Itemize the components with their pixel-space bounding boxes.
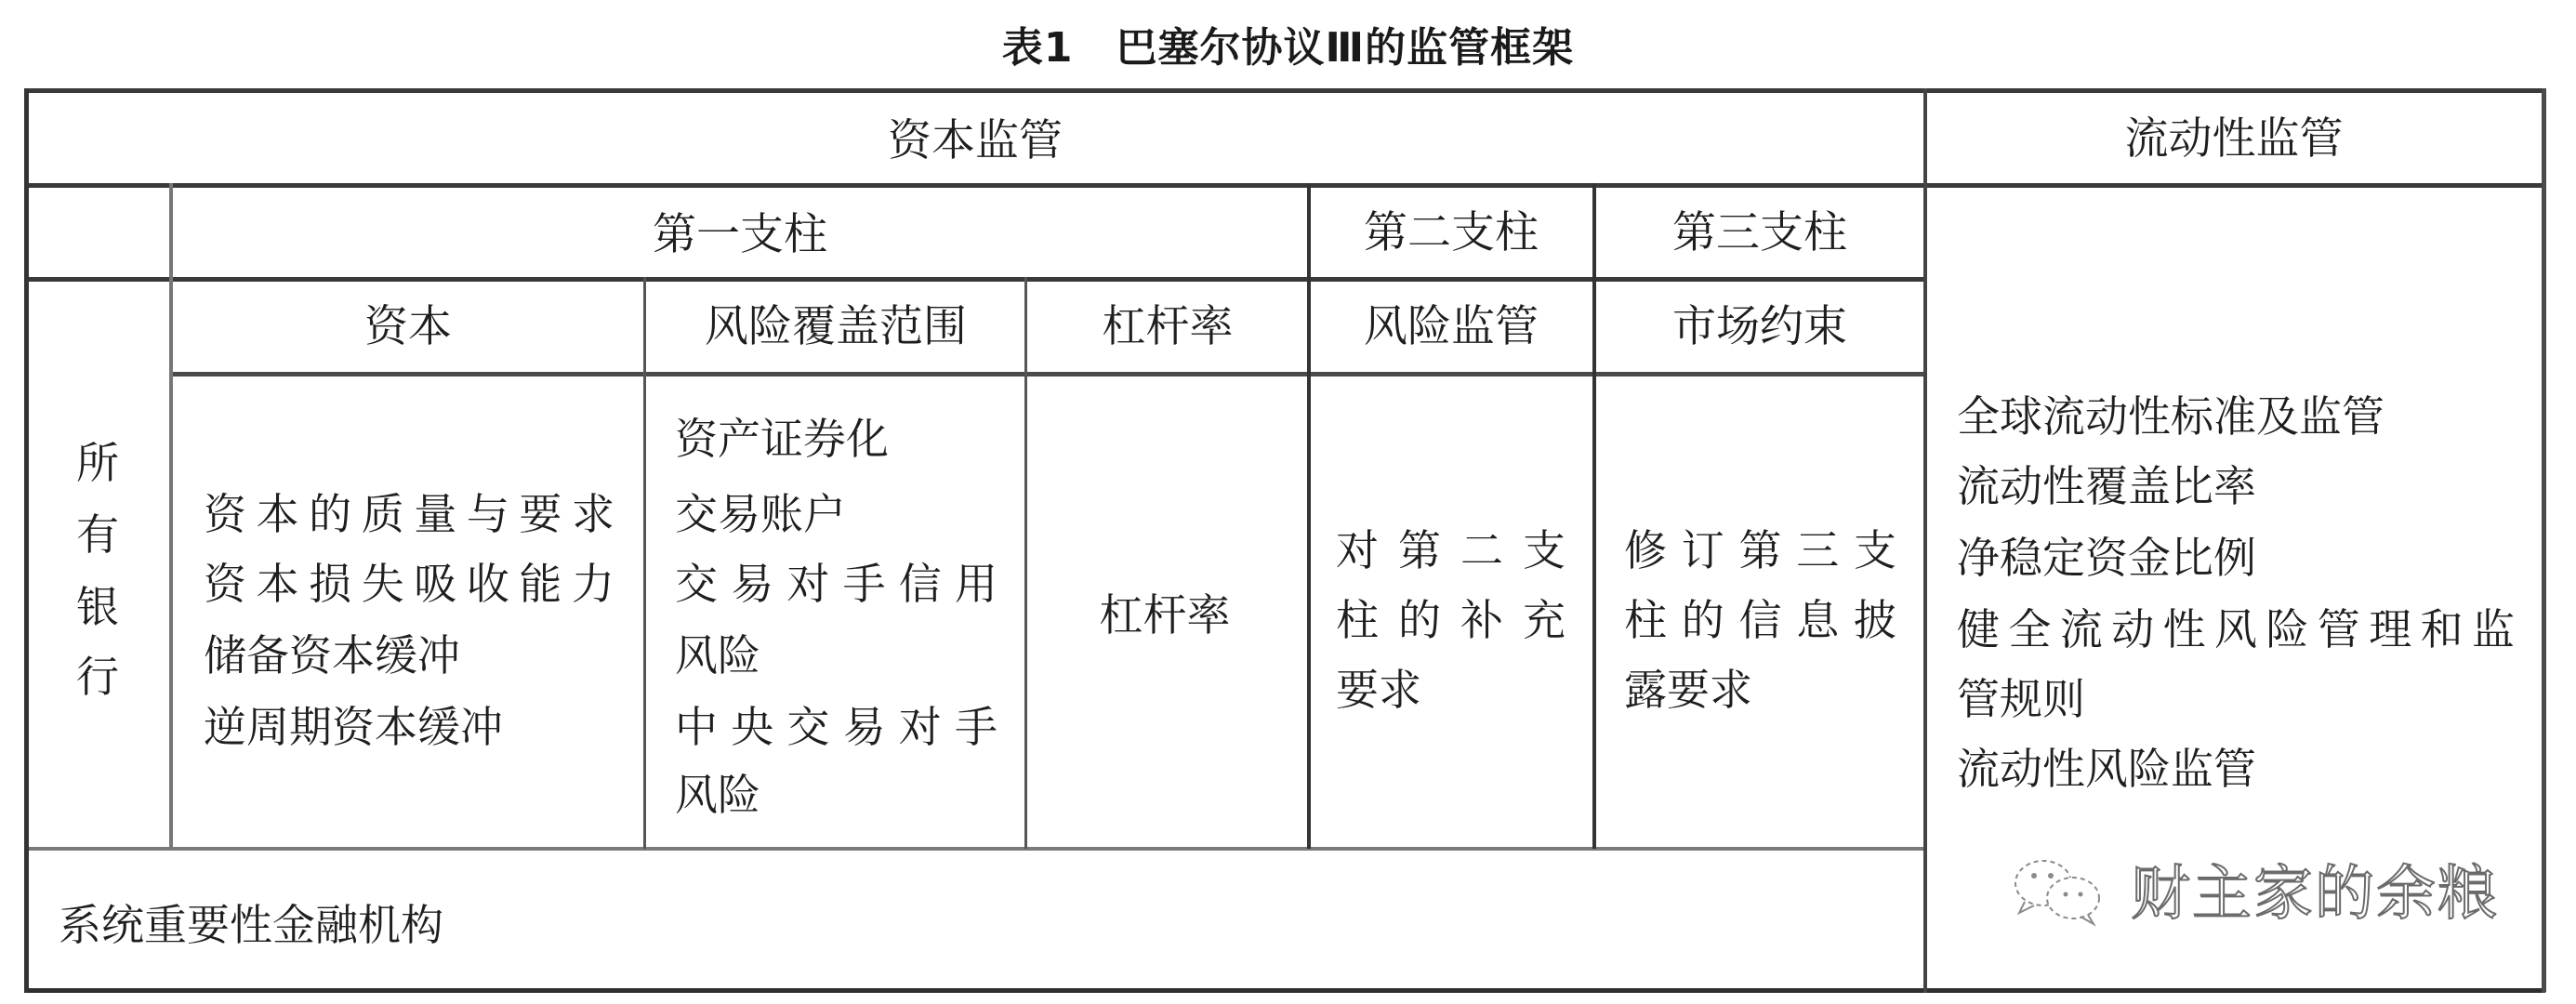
- col-divider-3: [1024, 277, 1027, 849]
- row-divider-4: [26, 847, 1927, 851]
- cell-line: 对第二支: [1336, 527, 1565, 574]
- row-divider-3: [171, 372, 1927, 376]
- cell-line: 健全流动性风险管理和监: [1957, 606, 2515, 653]
- row-divider-1: [26, 183, 2546, 188]
- cell-line: 露要求: [1624, 667, 1752, 713]
- col-divider-4: [1307, 183, 1311, 849]
- cell-line: 管规则: [1957, 676, 2085, 722]
- wechat-icon: [2008, 855, 2110, 933]
- cell-line: 中央交易对手: [675, 704, 997, 750]
- corner-mask-bottom-left: [0, 967, 58, 1004]
- cell-line: 柱的补充: [1336, 597, 1565, 643]
- watermark-text: 财主家的余粮: [2131, 862, 2499, 927]
- cell-leverage: 杠杆率: [1100, 593, 1231, 640]
- table-title: 表1巴塞尔协议Ⅲ的监管框架: [0, 26, 2576, 71]
- cell-line: 柱的信息披: [1624, 597, 1896, 643]
- corner-mask-bottom-right: [2516, 967, 2553, 1004]
- cell-line: 净稳定资金比例: [1957, 535, 2256, 581]
- header-pillar-3: 第三支柱: [1672, 210, 1847, 257]
- cell-line: 流动性风险监管: [1957, 746, 2256, 792]
- row-divider-2: [26, 277, 1927, 282]
- cell-line: 交易账户: [675, 491, 846, 537]
- watermark: 财主家的余粮: [2008, 857, 2499, 931]
- cell-line: 资本损失吸收能力: [204, 561, 614, 607]
- col-divider-2: [643, 277, 646, 849]
- cell-line: 流动性覆盖比率: [1957, 463, 2256, 509]
- subheader-risk-coverage: 风险覆盖范围: [705, 304, 967, 350]
- cell-line: 要求: [1336, 667, 1421, 713]
- cell-line: 风险: [675, 632, 760, 679]
- cell-line: 资产证券化: [675, 416, 889, 462]
- cell-line: 交易对手信用: [675, 561, 997, 607]
- cell-line: 储备资本缓冲: [204, 632, 460, 679]
- col-divider-1: [169, 183, 173, 849]
- cell-line: 逆周期资本缓冲: [204, 704, 503, 750]
- header-pillar-1: 第一支柱: [653, 212, 827, 258]
- subheader-market-discipline: 市场约束: [1672, 304, 1847, 350]
- col-divider-5: [1592, 183, 1596, 849]
- cell-line: 修订第三支: [1624, 527, 1896, 574]
- header-capital-supervision: 资本监管: [888, 118, 1063, 165]
- header-liquidity-supervision: 流动性监管: [2125, 116, 2344, 163]
- row-label-char: 有: [76, 511, 119, 558]
- header-pillar-2: 第二支柱: [1364, 210, 1539, 257]
- cell-line: 全球流动性标准及监管: [1957, 393, 2384, 440]
- cell-line: 资本的质量与要求: [204, 491, 614, 537]
- col-divider-liquidity: [1923, 88, 1927, 993]
- subheader-leverage: 杠杆率: [1103, 304, 1234, 350]
- subheader-risk-supervision: 风险监管: [1364, 304, 1539, 350]
- row-label-char: 行: [76, 654, 119, 700]
- cell-line: 风险: [675, 772, 760, 818]
- row-label-sifi: 系统重要性金融机构: [59, 902, 443, 948]
- subheader-capital: 资本: [364, 304, 452, 350]
- row-label-char: 所: [76, 440, 119, 486]
- row-label-char: 银: [76, 584, 119, 630]
- table-number: 表1: [1002, 24, 1074, 72]
- table-title-text: 巴塞尔协议Ⅲ的监管框架: [1116, 24, 1575, 72]
- table-bottom-border: [26, 988, 2546, 993]
- table-right-border: [2542, 88, 2546, 993]
- table-top-border: [26, 88, 2546, 93]
- table-left-border: [24, 88, 29, 993]
